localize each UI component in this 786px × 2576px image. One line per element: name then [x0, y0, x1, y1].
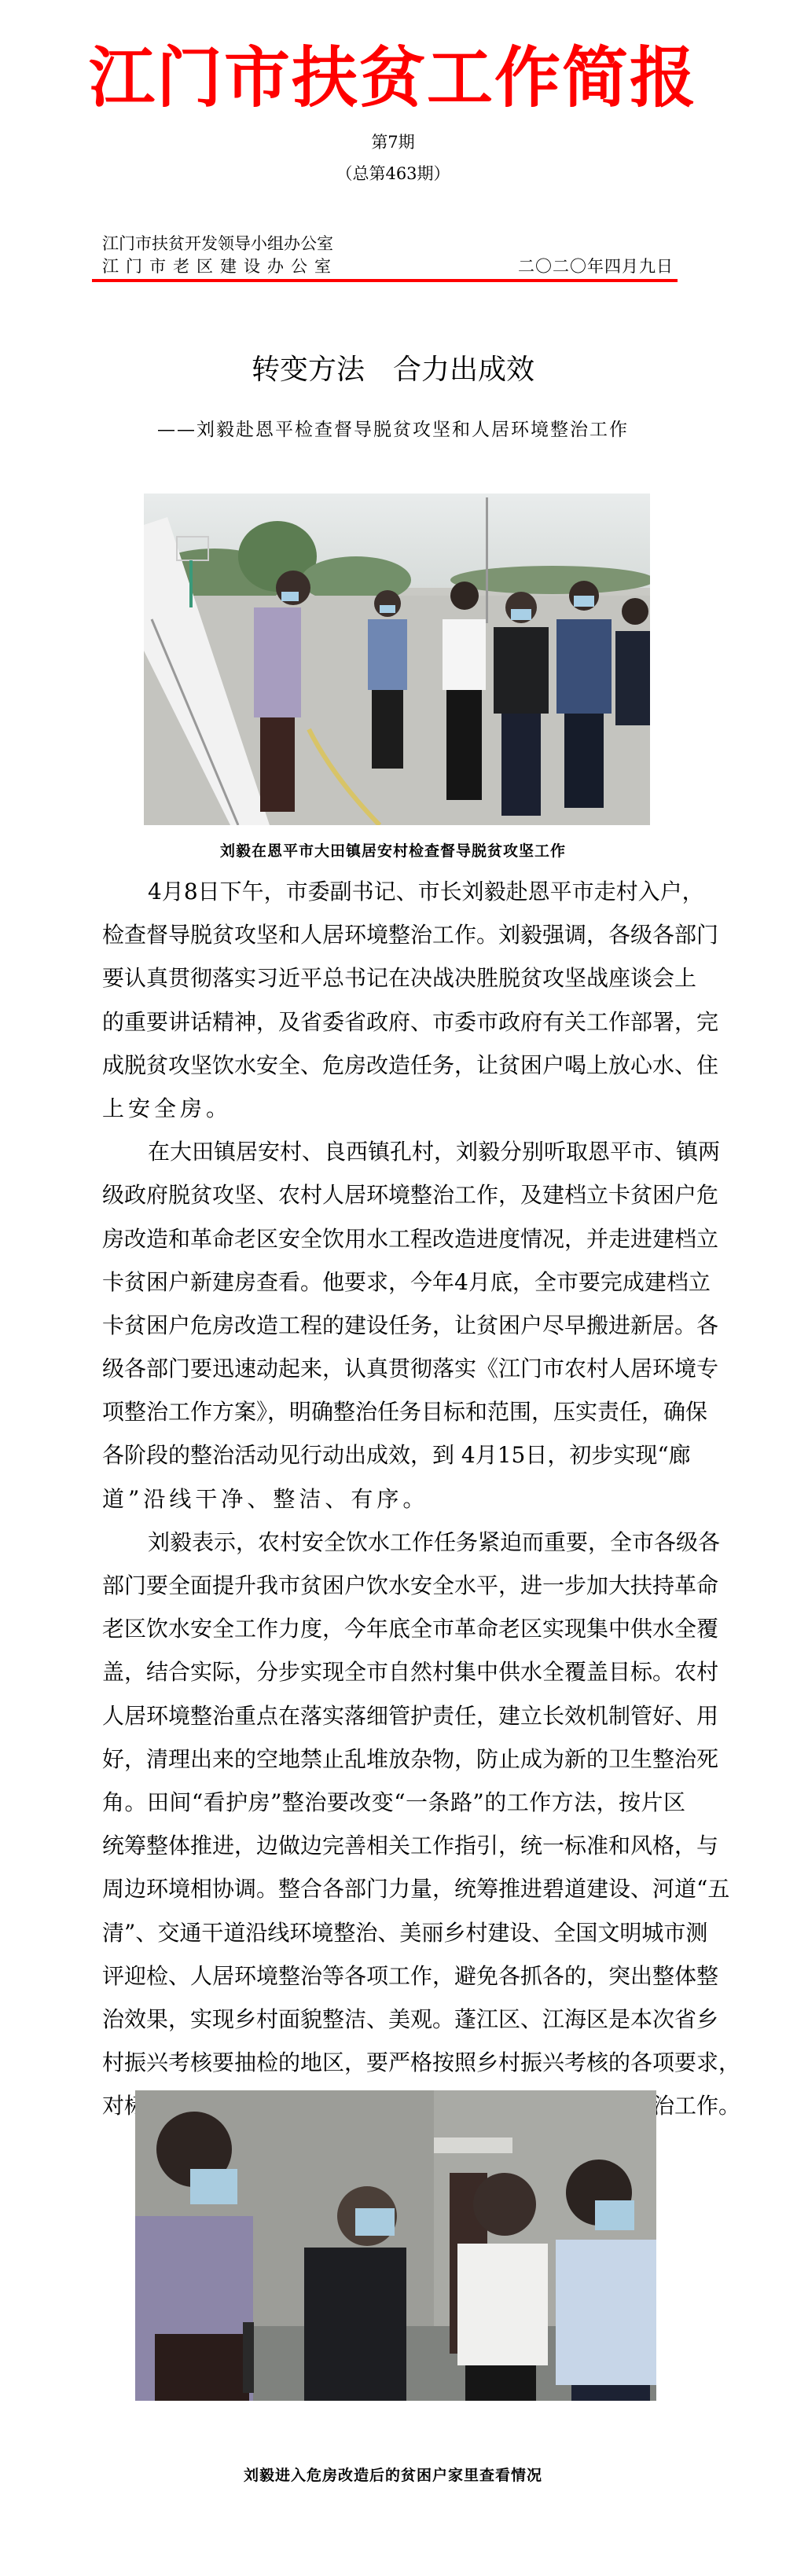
body-line: 盖，结合实际，分步实现全市自然村集中供水全覆盖目标。农村	[102, 1655, 685, 1698]
body-line: 好，清理出来的空地禁止乱堆放杂物，防止成为新的卫生整治死	[102, 1742, 685, 1785]
article-body: 4月8日下午，市委副书记、市长刘毅赴恩平市走村入户， 检查督导脱贫攻坚和人居环境…	[102, 875, 685, 2132]
issue-date: 二〇二〇年四月九日	[518, 256, 674, 277]
body-line: 4月8日下午，市委副书记、市长刘毅赴恩平市走村入户，	[102, 875, 685, 918]
body-line: 评迎检、人居环境整治等各项工作，避免各抓各的，突出整体整	[102, 1959, 685, 2002]
article-subtitle: ——刘毅赴恩平检查督导脱贫攻坚和人居环境整治工作	[0, 418, 786, 442]
bulletin-masthead-title: 江门市扶贫工作简报	[0, 35, 786, 121]
body-line: 治效果，实现乡村面貌整洁、美观。蓬江区、江海区是本次省乡	[102, 2002, 685, 2046]
body-line: 级各部门要迅速动起来，认真贯彻落实《江门市农村人居环境专	[102, 1352, 685, 1395]
body-line: 卡贫困户危房改造工程的建设任务，让贫困户尽早搬进新居。各	[102, 1308, 685, 1352]
photo-caption-1: 刘毅在恩平市大田镇居安村检查督导脱贫攻坚工作	[0, 841, 786, 861]
body-line: 级政府脱贫攻坚、农村人居环境整治工作，及建档立卡贫困户危	[102, 1178, 685, 1221]
body-line: 在大田镇居安村、良西镇孔村，刘毅分别听取恩平市、镇两	[102, 1135, 685, 1178]
body-line: 村振兴考核要抽检的地区，要严格按照乡村振兴考核的各项要求，	[102, 2046, 685, 2089]
paragraph-1: 4月8日下午，市委副书记、市长刘毅赴恩平市走村入户， 检查督导脱贫攻坚和人居环境…	[102, 875, 685, 1135]
red-divider-rule	[92, 279, 678, 282]
photo-indoor-house-visit	[135, 2090, 656, 2401]
body-line: 检查督导脱贫攻坚和人居环境整治工作。刘毅强调，各级各部门	[102, 918, 685, 961]
body-line: 成脱贫攻坚饮水安全、危房改造任务，让贫困户喝上放心水、住	[102, 1048, 685, 1092]
body-line: 人居环境整治重点在落实落细管护责任，建立长效机制管好、用	[102, 1699, 685, 1742]
photo-caption-2: 刘毅进入危房改造后的贫困户家里查看情况	[0, 2465, 786, 2486]
total-issue-number: （总第463期）	[0, 163, 786, 184]
body-line: 部门要全面提升我市贫困户饮水安全水平，进一步加大扶持革命	[102, 1569, 685, 1612]
body-line: 上安全房。	[102, 1092, 685, 1135]
issue-number: 第7期	[0, 132, 786, 152]
issuer-office-poverty-alleviation: 江门市扶贫开发领导小组办公室	[102, 233, 333, 254]
photo-indoor-house-visit-icon	[135, 2090, 656, 2401]
body-line: 老区饮水安全工作力度，今年底全市革命老区实现集中供水全覆	[102, 1612, 685, 1655]
body-line: 道”沿线干净、整洁、有序。	[102, 1482, 685, 1525]
body-line: 角。田间“看护房”整治要改变“一条路”的工作方法，按片区	[102, 1785, 685, 1829]
body-line: 周边环境相协调。整合各部门力量，统筹推进碧道建设、河道“五	[102, 1872, 685, 1915]
body-line: 的重要讲话精神，及省委省政府、市委市政府有关工作部署，完	[102, 1005, 685, 1048]
body-line: 项整治工作方案》，明确整治任务目标和范围，压实责任，确保	[102, 1395, 685, 1438]
issuer-office-old-revolutionary-area: 江门市老区建设办公室	[102, 256, 338, 277]
article-headline: 转变方法 合力出成效	[0, 352, 786, 388]
paragraph-2: 在大田镇居安村、良西镇孔村，刘毅分别听取恩平市、镇两 级政府脱贫攻坚、农村人居环…	[102, 1135, 685, 1525]
photo-outdoor-inspection	[144, 494, 650, 825]
body-line: 刘毅表示，农村安全饮水工作任务紧迫而重要，全市各级各	[102, 1525, 685, 1569]
body-line: 卡贫困户新建房查看。他要求，今年4月底，全市要完成建档立	[102, 1265, 685, 1308]
body-line: 清”、交通干道沿线环境整治、美丽乡村建设、全国文明城市测	[102, 1916, 685, 1959]
body-line: 各阶段的整治活动见行动出成效，到 4月15日，初步实现“廊	[102, 1438, 685, 1481]
body-line: 要认真贯彻落实习近平总书记在决战决胜脱贫攻坚战座谈会上	[102, 961, 685, 1004]
body-line: 房改造和革命老区安全饮用水工程改造进度情况，并走进建档立	[102, 1222, 685, 1265]
paragraph-3: 刘毅表示，农村安全饮水工作任务紧迫而重要，全市各级各 部门要全面提升我市贫困户饮…	[102, 1525, 685, 2133]
body-line: 统筹整体推进，边做边完善相关工作指引，统一标准和风格，与	[102, 1829, 685, 1872]
photo-outdoor-inspection-icon	[144, 494, 650, 825]
